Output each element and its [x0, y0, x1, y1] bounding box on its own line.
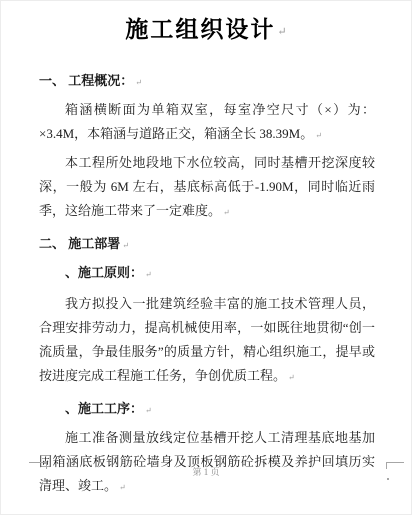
paragraph-text: 我方拟投入一批建筑经验丰富的施工技术管理人员，合理安排劳动力，提高机械使用率，一… — [39, 296, 375, 383]
paragraph-mark-icon: ↵ — [133, 78, 142, 87]
paragraph-text: 本工程所处地段地下水位较高，同时基槽开挖深度较深，一般为 6M 左右，基底标高低… — [39, 155, 375, 218]
heading-text: 、施工工序： — [65, 401, 143, 416]
heading-construction-principles: 、施工原则：↵ — [65, 261, 375, 287]
paragraph-mark-icon: ↵ — [275, 26, 286, 38]
boundary-dot-left-icon — [44, 478, 46, 480]
paragraph-mark-icon: ↵ — [117, 483, 126, 492]
heading-project-overview: 一、 工程概况：↵ — [39, 69, 375, 95]
paragraph-groundwater-conditions: 本工程所处地段地下水位较高，同时基槽开挖深度较深，一般为 6M 左右，基底标高低… — [39, 151, 375, 225]
document-title: 施工组织设计↵ — [1, 1, 411, 48]
paragraph-mark-icon: ↵ — [143, 406, 152, 415]
paragraph-box-culvert-dimensions: 箱涵横断面为单箱双室，每室净空尺寸（×）为：×3.4M，本箱涵与道路正交，箱涵全… — [39, 98, 375, 148]
paragraph-quality-policy: 我方拟投入一批建筑经验丰富的施工技术管理人员，合理安排劳动力，提高机械使用率，一… — [39, 292, 375, 390]
heading-text: 一、 工程概况： — [39, 73, 133, 88]
heading-text: 二、 施工部署 — [39, 236, 120, 251]
paragraph-mark-icon: ↵ — [120, 241, 129, 250]
document-title-text: 施工组织设计 — [125, 17, 275, 42]
document-body: 一、 工程概况：↵ 箱涵横断面为单箱双室，每室净空尺寸（×）为：×3.4M，本箱… — [39, 69, 375, 500]
paragraph-mark-icon: ↵ — [143, 270, 152, 279]
paragraph-work-sequence: 施工准备测量放线定位基槽开挖人工清理基底地基加固箱涵底板钢筋砼墙身及顶板钢筋砼拆… — [39, 426, 375, 500]
paragraph-text: 箱涵横断面为单箱双室，每室净空尺寸（×）为：×3.4M，本箱涵与道路正交，箱涵全… — [39, 102, 375, 141]
page-number-footer: 第 1 页 — [1, 467, 411, 478]
heading-text: 、施工原则： — [65, 265, 143, 280]
paragraph-mark-icon: ↵ — [286, 373, 295, 382]
paragraph-text: 施工准备测量放线定位基槽开挖人工清理基底地基加固箱涵底板钢筋砼墙身及顶板钢筋砼拆… — [39, 430, 375, 493]
heading-construction-deployment: 二、 施工部署↵ — [39, 232, 375, 258]
paragraph-mark-icon: ↵ — [313, 131, 322, 140]
document-page: 施工组织设计↵ 一、 工程概况：↵ 箱涵横断面为单箱双室，每室净空尺寸（×）为：… — [0, 0, 412, 515]
paragraph-mark-icon: ↵ — [221, 208, 230, 217]
heading-construction-sequence: 、施工工序：↵ — [65, 397, 375, 423]
boundary-dot-right-icon — [387, 478, 389, 480]
